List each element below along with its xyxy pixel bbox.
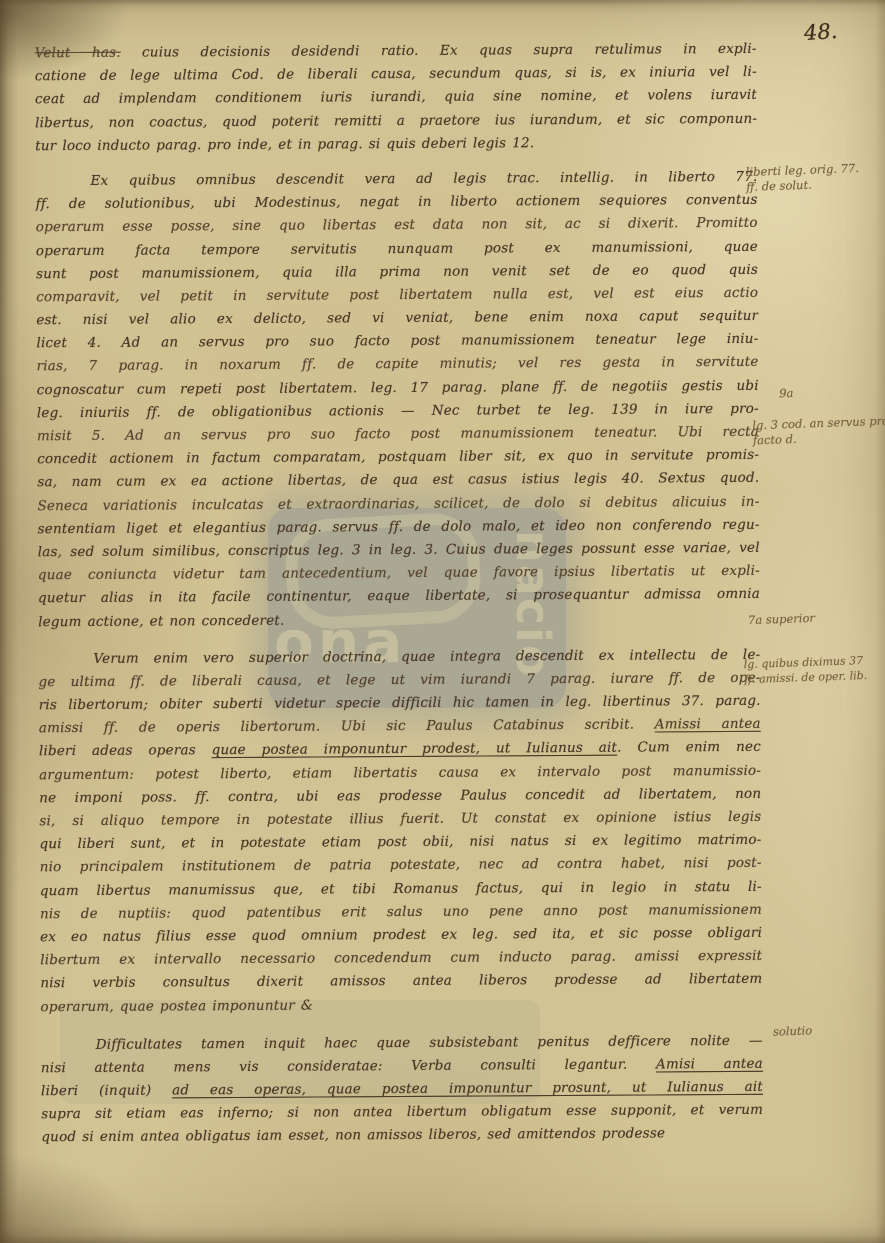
margin-note-line: 7a superior (748, 611, 815, 628)
margin-note: 9alg. 3 cod. an servus profacto d. (751, 383, 885, 449)
manuscript-line: legum actione, et non concederet. (38, 606, 760, 634)
margin-note: 7a superior (748, 611, 815, 628)
manuscript-page: ona nacio 48. Velut has. cuius decisioni… (0, 0, 885, 1243)
manuscript-line: operarum, quae postea imponuntur & (40, 991, 762, 1019)
manuscript-line: quetur alias in ita facile continentur, … (38, 583, 760, 611)
manuscript-paragraph: Verum enim vero superior doctrina, quae … (38, 643, 762, 1018)
manuscript-paragraph: Ex quibus omnibus descendit vera ad legi… (35, 166, 760, 634)
manuscript-text-block: Velut has. cuius decisionis desidendi ra… (35, 38, 764, 1150)
margin-note: liberti leg. orig. 77.ff. de solut. (746, 161, 860, 195)
margin-note: solutio (773, 1023, 813, 1039)
margin-note-line: 9a (779, 383, 885, 402)
manuscript-paragraph: Velut has. cuius decisionis desidendi ra… (35, 38, 758, 158)
folio-number: 48. (803, 19, 838, 45)
margin-note-line: solutio (773, 1023, 813, 1039)
manuscript-line: nisi verbis consultus dixerit amissos an… (40, 968, 762, 996)
margin-note-line: ff. de solut. (746, 176, 860, 195)
manuscript-line: tur loco inducto parag. pro inde, et in … (35, 131, 757, 159)
margin-note: lg. quibus diximus 37ff. amissi. de oper… (744, 653, 868, 687)
margin-note-line: ff. amissi. de oper. lib. (744, 668, 867, 687)
manuscript-line: libertus, non coactus, quod poterit remi… (35, 107, 757, 135)
manuscript-line: quod si enim antea obligatus iam esset, … (41, 1122, 763, 1150)
manuscript-paragraph: Difficultates tamen inquit haec quae sub… (41, 1029, 764, 1149)
